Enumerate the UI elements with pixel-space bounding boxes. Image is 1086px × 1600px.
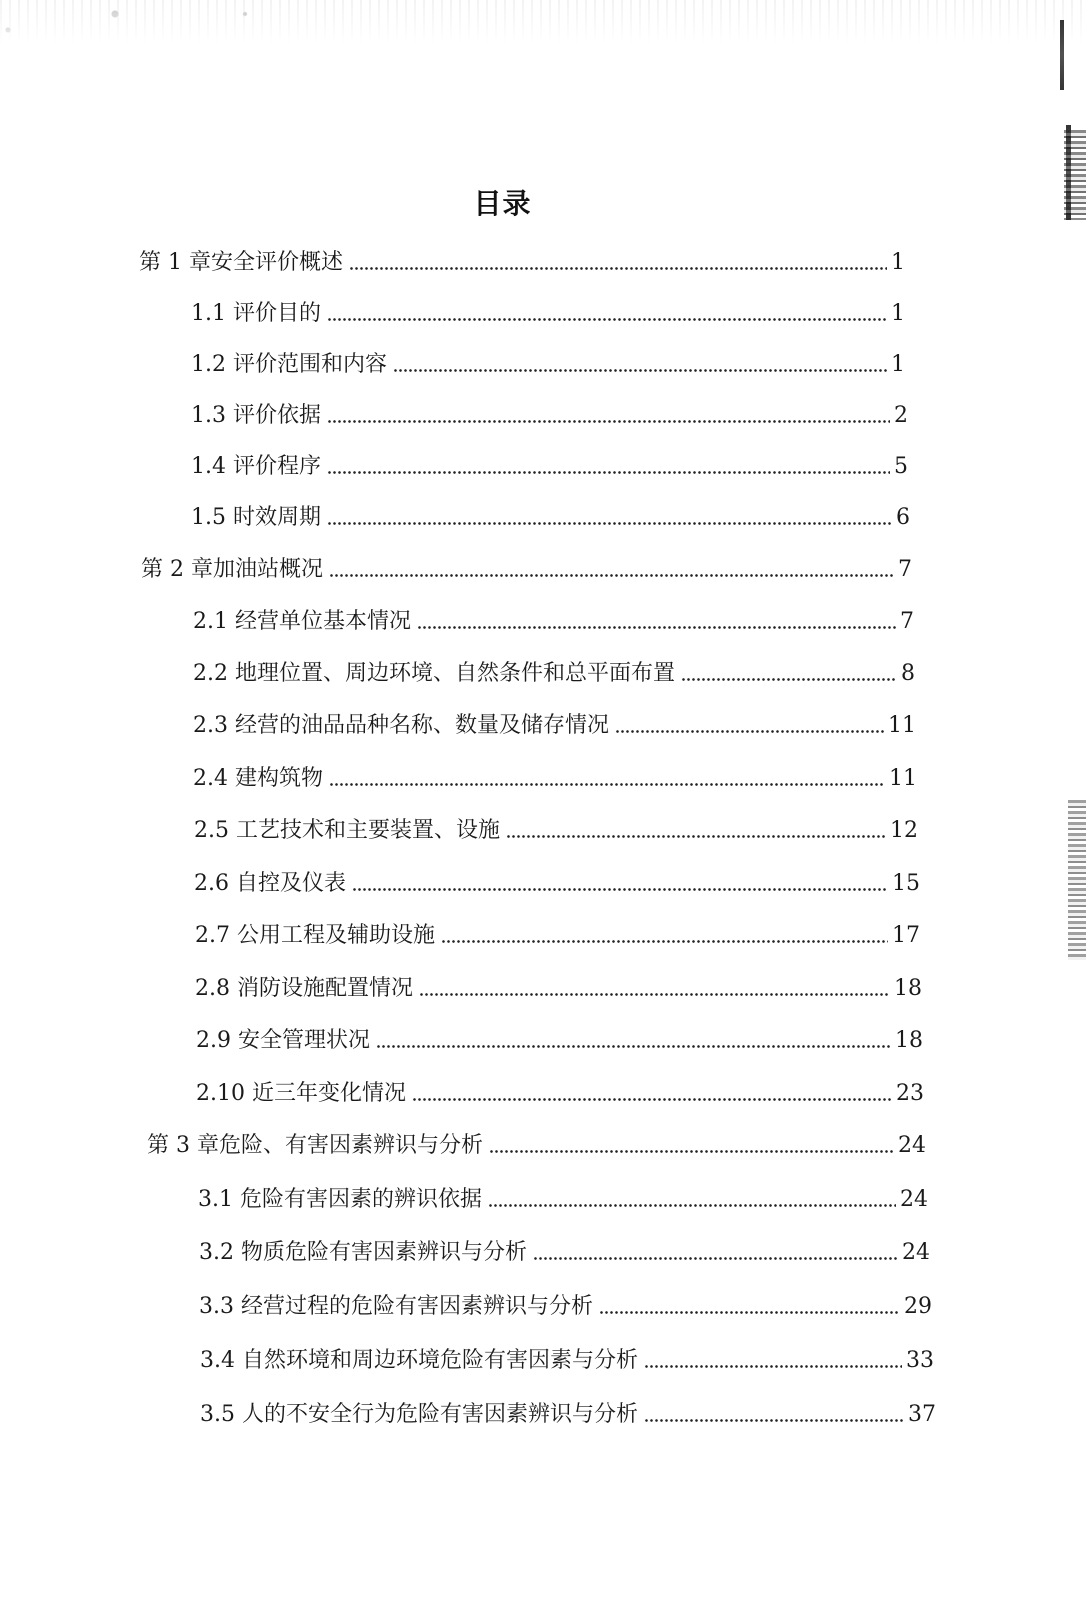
toc-entry-label: 3.3 经营过程的危险有害因素辨识与分析 [199, 1292, 597, 1322]
toc-page-number: 11 [886, 711, 916, 741]
toc-page-number: 6 [894, 503, 910, 533]
toc-section-entry[interactable]: 2.9 安全管理状况18 [196, 1026, 923, 1056]
toc-page-number: 7 [898, 607, 914, 637]
toc-page-number: 8 [899, 659, 915, 689]
toc-entry-label: 2.6 自控及仪表 [194, 869, 350, 899]
toc-section-entry[interactable]: 1.3 评价依据2 [191, 401, 908, 431]
toc-page-number: 1 [889, 350, 905, 380]
toc-page-number: 1 [889, 248, 905, 278]
toc-chapter-entry[interactable]: 第 1 章安全评价概述1 [139, 248, 905, 278]
scan-noise-top [0, 0, 1086, 45]
toc-page-number: 24 [898, 1185, 928, 1215]
toc-page-number: 11 [887, 764, 917, 794]
toc-entry-label: 1.2 评价范围和内容 [191, 350, 391, 380]
dot-leader [599, 1307, 900, 1315]
dot-leader [352, 884, 888, 892]
toc-entry-label: 2.3 经营的油品品种名称、数量及储存情况 [193, 711, 613, 741]
toc-entry-label: 2.4 建构筑物 [193, 764, 327, 794]
toc-page-number: 2 [892, 401, 908, 431]
toc-entry-label: 1.1 评价目的 [191, 299, 325, 329]
toc-entry-label: 3.4 自然环境和周边环境危险有害因素与分析 [200, 1346, 642, 1376]
toc-section-entry[interactable]: 3.3 经营过程的危险有害因素辨识与分析29 [199, 1292, 932, 1322]
toc-entry-label: 2.5 工艺技术和主要装置、设施 [194, 816, 504, 846]
toc-entry-label: 3.2 物质危险有害因素辨识与分析 [199, 1238, 531, 1268]
dot-leader [327, 518, 892, 526]
toc-page-number: 17 [890, 921, 920, 951]
dot-leader [615, 726, 884, 734]
toc-page-number: 24 [900, 1238, 930, 1268]
toc-page-number: 33 [904, 1346, 934, 1376]
dot-leader [441, 936, 888, 944]
toc-entry-label: 第 3 章危险、有害因素辨识与分析 [147, 1131, 487, 1161]
toc-entry-label: 1.4 评价程序 [191, 452, 325, 482]
toc-entry-label: 3.1 危险有害因素的辨识依据 [198, 1185, 486, 1215]
toc-page-number: 1 [889, 299, 905, 329]
dot-leader [681, 674, 897, 682]
toc-entry-label: 2.8 消防设施配置情况 [195, 974, 417, 1004]
toc-page-number: 29 [902, 1292, 932, 1322]
toc-section-entry[interactable]: 3.5 人的不安全行为危险有害因素辨识与分析37 [200, 1400, 936, 1430]
toc-entry-label: 2.10 近三年变化情况 [196, 1079, 410, 1109]
toc-entry-label: 1.5 时效周期 [191, 503, 325, 533]
dot-leader [412, 1094, 892, 1102]
toc-page-number: 5 [892, 452, 908, 482]
toc-entry-label: 2.1 经营单位基本情况 [193, 607, 415, 637]
toc-section-entry[interactable]: 2.2 地理位置、周边环境、自然条件和总平面布置8 [193, 659, 915, 689]
dot-leader [644, 1415, 904, 1423]
toc-section-entry[interactable]: 2.8 消防设施配置情况18 [195, 974, 922, 1004]
toc-page-number: 18 [893, 1026, 923, 1056]
scan-edge-mark [1060, 20, 1064, 90]
toc-entry-label: 2.2 地理位置、周边环境、自然条件和总平面布置 [193, 659, 679, 689]
dot-leader [329, 779, 885, 787]
toc-entry-label: 第 2 章加油站概况 [141, 555, 327, 585]
toc-entry-label: 3.5 人的不安全行为危险有害因素辨识与分析 [200, 1400, 642, 1430]
toc-section-entry[interactable]: 2.6 自控及仪表15 [194, 869, 920, 899]
page-title: 目录 [0, 182, 1005, 222]
dot-leader [419, 989, 890, 997]
toc-section-entry[interactable]: 3.1 危险有害因素的辨识依据24 [198, 1185, 928, 1215]
toc-section-entry[interactable]: 1.4 评价程序5 [191, 452, 908, 482]
toc-chapter-entry[interactable]: 第 2 章加油站概况7 [141, 555, 912, 585]
toc-entry-label: 2.7 公用工程及辅助设施 [195, 921, 439, 951]
toc-entry-label: 2.9 安全管理状况 [196, 1026, 374, 1056]
toc-section-entry[interactable]: 2.3 经营的油品品种名称、数量及储存情况11 [193, 711, 916, 741]
toc-section-entry[interactable]: 1.5 时效周期6 [191, 503, 910, 533]
dot-leader [533, 1253, 898, 1261]
dot-leader [327, 467, 890, 475]
scan-edge-noise [1064, 130, 1086, 220]
toc-section-entry[interactable]: 1.1 评价目的1 [191, 299, 905, 329]
toc-page-number: 18 [892, 974, 922, 1004]
dot-leader [506, 831, 886, 839]
toc-entry-label: 1.3 评价依据 [191, 401, 325, 431]
toc-page-number: 23 [894, 1079, 924, 1109]
dot-leader [329, 570, 894, 578]
toc-section-entry[interactable]: 3.2 物质危险有害因素辨识与分析24 [199, 1238, 930, 1268]
dot-leader [393, 365, 887, 373]
dot-leader [327, 416, 890, 424]
toc-section-entry[interactable]: 2.4 建构筑物11 [193, 764, 917, 794]
toc-page-number: 37 [906, 1400, 936, 1430]
dot-leader [349, 263, 887, 271]
toc-page-number: 24 [896, 1131, 926, 1161]
dot-leader [376, 1041, 891, 1049]
dot-leader [489, 1146, 894, 1154]
dot-leader [644, 1361, 902, 1369]
toc-section-entry[interactable]: 2.5 工艺技术和主要装置、设施12 [194, 816, 918, 846]
toc-entry-label: 第 1 章安全评价概述 [139, 248, 347, 278]
toc-section-entry[interactable]: 2.7 公用工程及辅助设施17 [195, 921, 920, 951]
toc-page-number: 7 [896, 555, 912, 585]
dot-leader [488, 1200, 896, 1208]
toc-chapter-entry[interactable]: 第 3 章危险、有害因素辨识与分析24 [147, 1131, 926, 1161]
dot-leader [417, 622, 896, 630]
toc-section-entry[interactable]: 1.2 评价范围和内容1 [191, 350, 905, 380]
scan-edge-noise [1068, 800, 1086, 960]
toc-section-entry[interactable]: 2.10 近三年变化情况23 [196, 1079, 924, 1109]
toc-section-entry[interactable]: 3.4 自然环境和周边环境危险有害因素与分析33 [200, 1346, 934, 1376]
toc-page-number: 12 [888, 816, 918, 846]
toc-section-entry[interactable]: 2.1 经营单位基本情况7 [193, 607, 914, 637]
dot-leader [327, 314, 887, 322]
toc-page-number: 15 [890, 869, 920, 899]
